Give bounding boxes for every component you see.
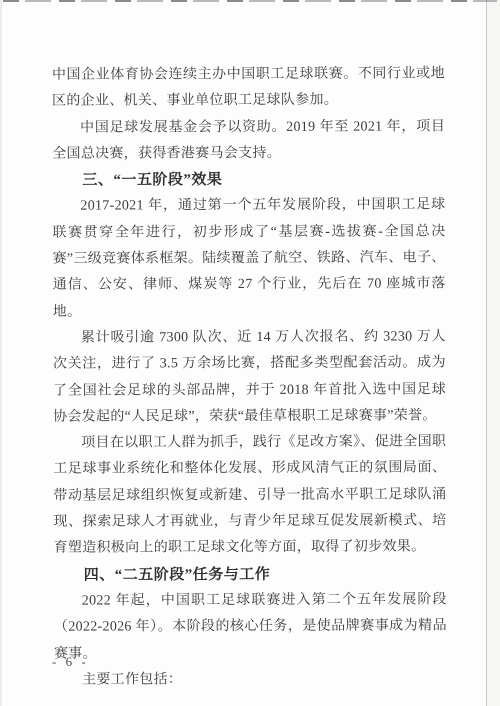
document-body: 中国企业体育协会连续主办中国职工足球联赛。不同行业或地区的企业、机关、事业单位职… — [52, 61, 447, 693]
paragraph-main-work-lead-in: 主要工作包括： — [54, 666, 447, 694]
paragraph-continuation: 中国企业体育协会连续主办中国职工足球联赛。不同行业或地区的企业、机关、事业单位职… — [52, 61, 445, 115]
paragraph-phase-one-overview: 2017-2021 年，通过第一个五年发展阶段，中国职工足球联赛贯穿全年进行，初… — [52, 193, 445, 326]
section-heading-phase-one-results: 三、“一五阶段”效果 — [52, 167, 445, 195]
scan-page-edge-line — [486, 0, 487, 706]
page-number: - 6 - — [52, 654, 89, 670]
section-heading-phase-two-tasks: 四、“二五阶段”任务与工作 — [54, 561, 447, 589]
paragraph-phase-two-intro: 2022 年起，中国职工足球联赛进入第二个五年发展阶段（2022-2026 年）… — [54, 587, 447, 667]
paragraph-project-achievements: 项目在以职工人群为抓手，践行《足改方案》、促进全国职工足球事业系统化和整体化发展… — [53, 429, 446, 562]
paragraph-participation-stats: 累计吸引逾 7300 队次、近 14 万人次报名、约 3230 万人次关注，进行… — [53, 324, 446, 431]
scan-top-edge-artifact — [3, 0, 497, 2]
paragraph-funding: 中国足球发展基金会予以资助。2019 年至 2021 年，项目全国总决赛，获得香… — [52, 114, 445, 168]
scan-left-edge-artifact — [0, 0, 2, 706]
document-page: 中国企业体育协会连续主办中国职工足球联赛。不同行业或地区的企业、机关、事业单位职… — [0, 0, 500, 706]
scan-right-margin-strip — [487, 0, 500, 706]
